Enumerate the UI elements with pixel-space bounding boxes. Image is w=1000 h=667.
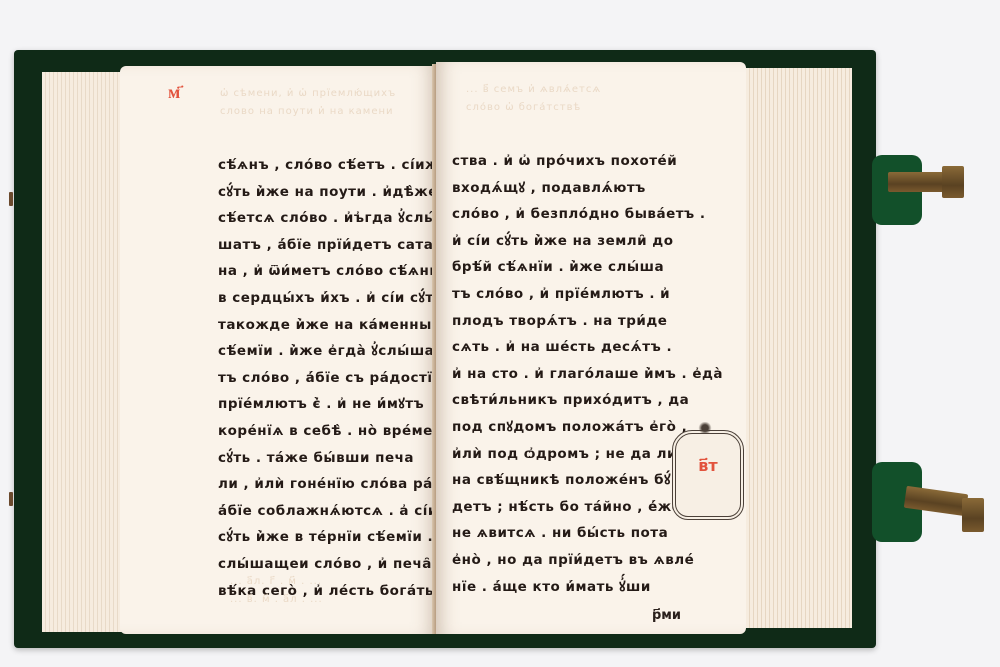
ornamental-signature-frame: в҃т [672,430,744,520]
text-line: шатъ , а҆́бїе прїи́детъ сата [218,232,465,259]
ghost-header-left-2: слово на поути и҆ на камени [220,106,394,117]
ghost-footer-left-2: ... в҃. м҃ . а҃л . ... [230,594,323,605]
text-line: ли , и҆лѝ гоне́нїю сло́ва ра́ди , [218,471,465,498]
text-line: коре́нїѧ в себѣ̀ . но̀ вре́менни [218,418,465,445]
ghost-header-left-1: ѡ҆ сѣмени, и҆ ѡ҆ прїемлю́щихъ [220,88,396,99]
text-line: не ѧвитсѧ . ни бы́сть пота [452,520,723,547]
ghost-header-right-1: ... в҃ семъ и҆ ѧвлѧ́етсѧ [466,84,601,95]
text-line: в сердцы́хъ и҆́хъ . и҆ сі́и сꙋ́ть [218,285,465,312]
text-line: сѣ́емїи . и҆̀же е҆гда̀ ꙋ҆слы́ша [218,338,465,365]
text-line: слы́шащеи сло́во , и҆ печа̑ли [218,551,465,578]
text-line: брѣ́й сѣ́ѧнїи . и҆̀же слы́ша [452,254,723,281]
text-line: на , и҆ ѿи́метъ сло́во сѣ́ѧнное [218,258,465,285]
text-line: свѣти́льникъ прихо́дитъ , да [452,387,723,414]
text-line: тъ сло́во , а҆́бїе съ ра́достїю [218,365,465,392]
right-page-text: ства . и҆ ѡ҆ про́чихъ похоте́й входѧ́щꙋ … [452,148,723,600]
text-line: тъ сло́во , и҆ прїе́млютъ . и҆ [452,281,723,308]
right-page: ... в҃ семъ и҆ ѧвлѧ́етсѧ сло́во ѡ҆ бога́… [436,62,746,634]
text-line: и҆ сі́и сꙋ́ть и҆̀же на земли̑ до [452,228,723,255]
folio-mark: м҃ [168,82,180,103]
brass-clasp-bottom-end [962,498,984,532]
signature-mark: в҃т [676,456,740,475]
brass-clasp-top[interactable] [888,172,950,192]
text-line: сло́во , и҆ безпло́дно быва́етъ . [452,201,723,228]
cover-nail-top [9,192,13,206]
text-line: е҆но̀ , но да прїи́детъ въ ѧвле́ [452,547,723,574]
text-line: ства . и҆ ѡ҆ про́чихъ похоте́й [452,148,723,175]
page-edges-right [742,68,852,628]
text-line: такожде и҆̀же на ка́менныхъ [218,312,465,339]
text-line: плодъ творѧ́тъ . на три́де [452,308,723,335]
text-line: прїе́млютъ є҆̀ . и҆ не и҆́мꙋтъ [218,391,465,418]
ghost-header-right-2: сло́во ѡ҆ бога́тствѣ [466,102,581,113]
page-number: р҃ми [652,608,681,623]
text-line: сꙋ́ть и҆̀же в те́рнїи сѣ́емїи . [218,524,465,551]
text-line: сѣ́ѧнъ , сло́во сѣ́етъ . сі́иже [218,152,465,179]
text-line: нїе . а҆́ще кто и҆́мать ꙋ҆́ши [452,574,723,601]
brass-clasp-top-end [942,166,964,198]
left-page-text: сѣ́ѧнъ , сло́во сѣ́етъ . сі́иже сꙋ́ть и҆… [218,152,465,604]
text-line: сꙋ́ть и҆̀же на поути . и҆дѣ̀же [218,179,465,206]
text-line: сѧть . и҆ на ше́сть десѧ́тъ . [452,334,723,361]
left-page: м҃ ѡ҆ сѣмени, и҆ ѡ҆ прїемлю́щихъ слово н… [120,66,435,634]
text-line: сѣ́етсѧ сло́во . и҆ъ҆гда ꙋ҆слы́ [218,205,465,232]
ghost-footer-left-1: ... а҃л. г҃ . м҃ . ... [230,576,322,587]
text-line: а҆́бїе соблажнѧ́ютсѧ . а҆ сі́и [218,498,465,525]
text-line: входѧ́щꙋ , подавлѧ́ютъ [452,175,723,202]
cover-nail-bottom [9,492,13,506]
text-line: и҆ на сто . и҆ глаго́лаше и҆̀мъ . е҆да̀ [452,361,723,388]
text-line: сꙋ́ть . та́же бы́вши печа [218,445,465,472]
